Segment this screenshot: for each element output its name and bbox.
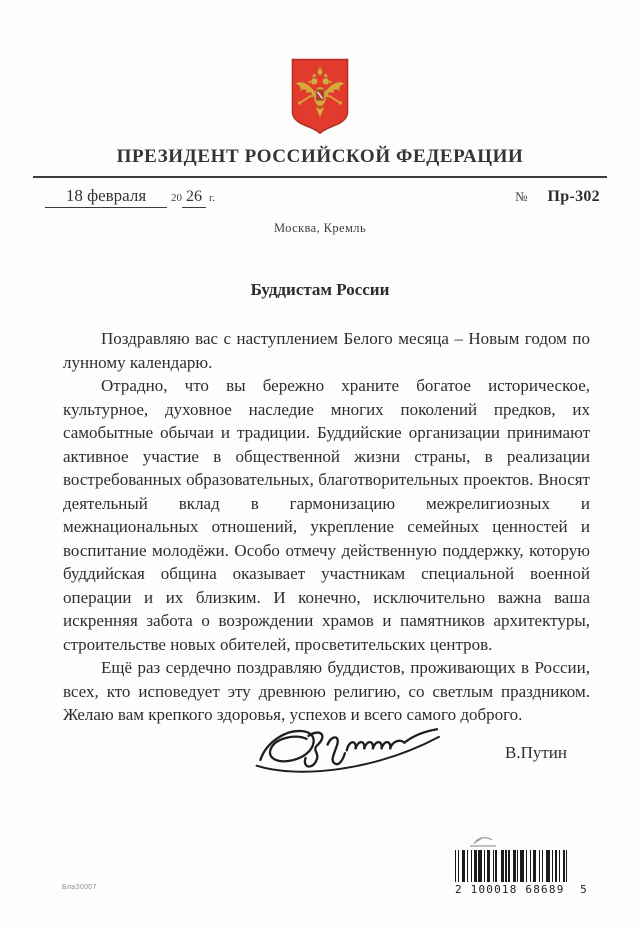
barcode-bars <box>455 850 589 882</box>
handwritten-signature <box>250 710 482 782</box>
paragraph: Поздравляю вас с наступлением Белого мес… <box>63 327 590 374</box>
date-block: 18 февраля 20 26 г. <box>45 186 215 208</box>
year-suffix: 26 <box>182 188 206 208</box>
signatory-name: В.Путин <box>505 743 567 763</box>
date-day-month: 18 февраля <box>45 186 167 208</box>
russia-coat-of-arms-icon <box>288 56 352 136</box>
letterhead-title: ПРЕЗИДЕНТ РОССИЙСКОЙ ФЕДЕРАЦИИ <box>0 146 640 168</box>
letter-body: Поздравляю вас с наступлением Белого мес… <box>63 327 590 727</box>
salutation: Буддистам России <box>0 280 640 300</box>
letterhead-divider <box>33 176 607 178</box>
date-number-row: 18 февраля 20 26 г. № Пр-302 <box>45 186 600 208</box>
place-line: Москва, Кремль <box>0 221 640 236</box>
year-prefix: 20 <box>171 192 182 204</box>
doc-number: Пр-302 <box>548 188 600 206</box>
paragraph: Отрадно, что вы бережно храните богатое … <box>63 374 590 656</box>
scanned-letter-page: ПРЕЗИДЕНТ РОССИЙСКОЙ ФЕДЕРАЦИИ 18 феврал… <box>0 0 640 928</box>
stamp-mark-icon <box>466 835 500 849</box>
barcode: 2 100018 68689 5 <box>455 850 589 896</box>
year-unit: г. <box>209 192 215 204</box>
doc-code: БлаЗ0007 <box>62 884 97 891</box>
doc-number-block: № Пр-302 <box>515 188 600 206</box>
barcode-number: 2 100018 68689 5 <box>455 883 589 896</box>
number-sign: № <box>515 189 527 205</box>
